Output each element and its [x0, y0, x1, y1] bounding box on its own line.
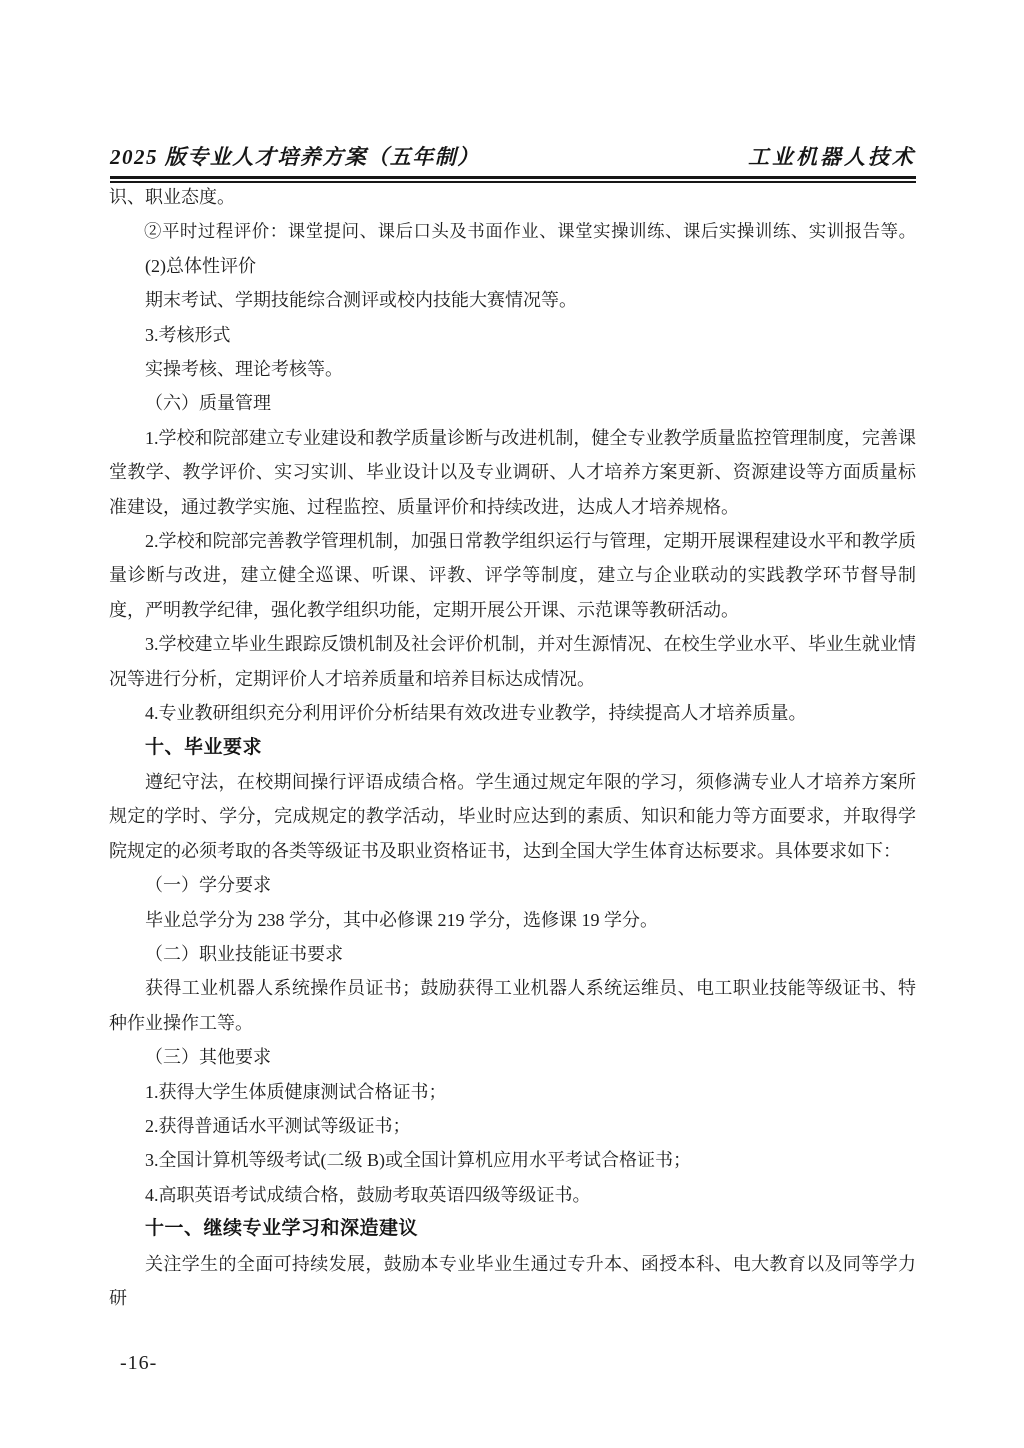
paragraph: 2.获得普通话水平测试等级证书；: [109, 1109, 916, 1143]
page-footer: -16-: [120, 1352, 157, 1375]
paragraph: 1.学校和院部建立专业建设和教学质量诊断与改进机制，健全专业教学质量监控管理制度…: [109, 421, 916, 524]
paragraph: 3.考核形式: [109, 318, 916, 352]
subsection-heading-credit-requirements: （一）学分要求: [109, 868, 916, 902]
section-heading-further-study: 十一、继续专业学习和深造建议: [109, 1212, 916, 1246]
paragraph: 4.专业教研组织充分利用评价分析结果有效改进专业教学，持续提高人才培养质量。: [109, 696, 916, 730]
subsection-heading-other-requirements: （三）其他要求: [109, 1040, 916, 1074]
subsection-heading-quality-management: （六）质量管理: [109, 386, 916, 420]
paragraph: 1.获得大学生体质健康测试合格证书；: [109, 1075, 916, 1109]
paragraph: 关注学生的全面可持续发展，鼓励本专业毕业生通过专升本、函授本科、电大教育以及同等…: [109, 1247, 916, 1316]
section-heading-graduation-requirements: 十、毕业要求: [109, 731, 916, 765]
document-body: 识、职业态度。 ②平时过程评价：课堂提问、课后口头及书面作业、课堂实操训练、课后…: [109, 180, 916, 1315]
document-page: 2025 版专业人才培养方案（五年制） 工业机器人技术 识、职业态度。 ②平时过…: [0, 0, 1024, 1448]
page-header: 2025 版专业人才培养方案（五年制） 工业机器人技术: [110, 141, 916, 183]
subsection-heading-certificate-requirements: （二）职业技能证书要求: [109, 937, 916, 971]
page-number: -16-: [120, 1352, 157, 1374]
header-right-title: 工业机器人技术: [748, 141, 916, 171]
header-left-title: 2025 版专业人才培养方案（五年制）: [110, 141, 480, 171]
paragraph: 期末考试、学期技能综合测评或校内技能大赛情况等。: [109, 283, 916, 317]
paragraph: (2)总体性评价: [109, 249, 916, 283]
paragraph: 4.高职英语考试成绩合格，鼓励考取英语四级等级证书。: [109, 1178, 916, 1212]
paragraph: 毕业总学分为 238 学分，其中必修课 219 学分，选修课 19 学分。: [109, 903, 916, 937]
paragraph: 获得工业机器人系统操作员证书；鼓励获得工业机器人系统运维员、电工职业技能等级证书…: [109, 971, 916, 1040]
paragraph: ②平时过程评价：课堂提问、课后口头及书面作业、课堂实操训练、课后实操训练、实训报…: [109, 214, 916, 248]
paragraph: 2.学校和院部完善教学管理机制，加强日常教学组织运行与管理，定期开展课程建设水平…: [109, 524, 916, 627]
paragraph: 3.学校建立毕业生跟踪反馈机制及社会评价机制，并对生源情况、在校生学业水平、毕业…: [109, 627, 916, 696]
paragraph: 遵纪守法，在校期间操行评语成绩合格。学生通过规定年限的学习，须修满专业人才培养方…: [109, 765, 916, 868]
paragraph: 实操考核、理论考核等。: [109, 352, 916, 386]
paragraph: 识、职业态度。: [109, 180, 916, 214]
paragraph: 3.全国计算机等级考试(二级 B)或全国计算机应用水平考试合格证书；: [109, 1143, 916, 1177]
